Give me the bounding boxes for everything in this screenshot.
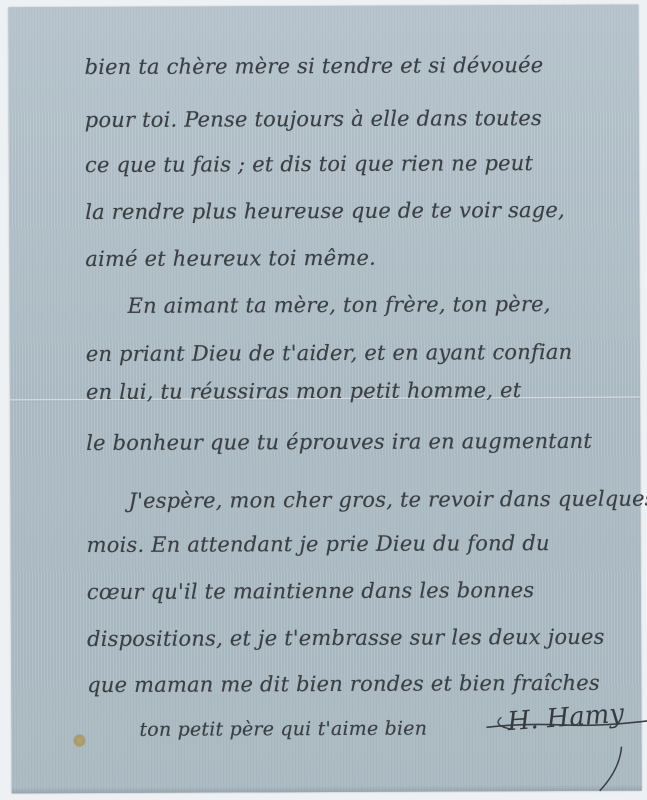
letter-line: bien ta chère mère si tendre et si dévou…	[84, 53, 543, 79]
letter-line: pour toi. Pense toujours à elle dans tou…	[85, 106, 542, 132]
paper-stain	[73, 734, 85, 747]
letter-line: que maman me dit bien rondes et bien fra…	[87, 671, 600, 697]
letter-line: cœur qu'il te maintienne dans les bonnes	[87, 578, 535, 604]
letter-line: dispositions, et je t'embrasse sur les d…	[87, 625, 605, 651]
document-photo: bien ta chère mère si tendre et si dévou…	[0, 0, 647, 800]
letter-line: le bonheur que tu éprouves ira en augmen…	[86, 429, 592, 455]
letter-line: En aimant ta mère, ton frère, ton père,	[128, 292, 551, 318]
letter-line: mois. En attendant je prie Dieu du fond …	[87, 531, 550, 557]
letter-line: en priant Dieu de t'aider, et en ayant c…	[86, 340, 573, 366]
letter-line: en lui, tu réussiras mon petit homme, et	[86, 378, 521, 404]
letter-line: la rendre plus heureuse que de te voir s…	[85, 198, 565, 224]
letter-line: ce que tu fais ; et dis toi que rien ne …	[85, 151, 533, 177]
letter-line: J'espère, mon cher gros, te revoir dans …	[128, 487, 647, 513]
letter-closing: ton petit père qui t'aime bien	[139, 718, 427, 741]
letter-paper: bien ta chère mère si tendre et si dévou…	[8, 5, 641, 794]
letter-line: aimé et heureux toi même.	[85, 246, 376, 271]
